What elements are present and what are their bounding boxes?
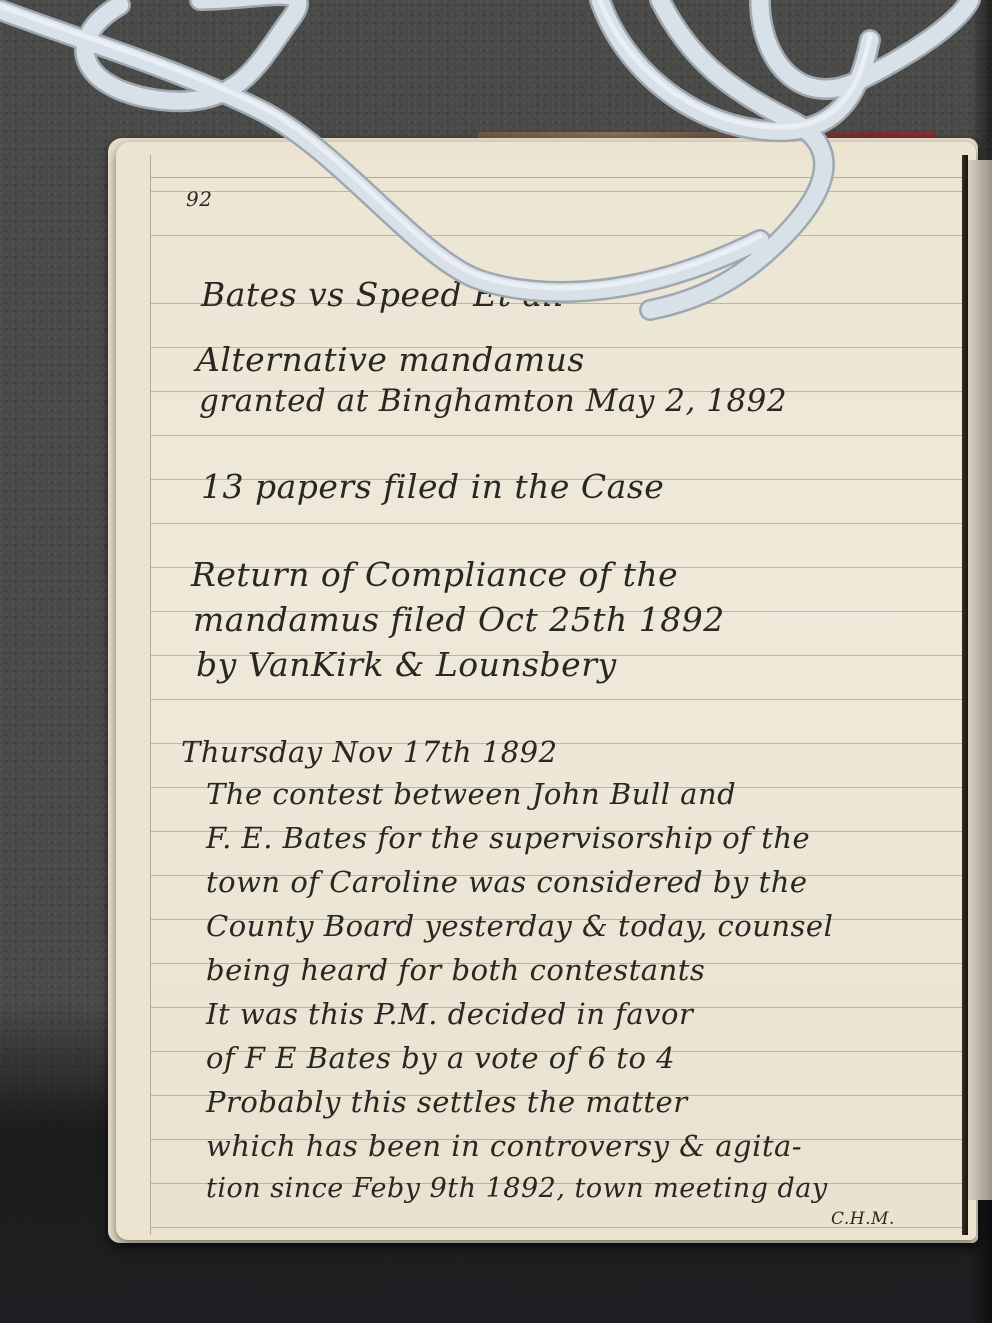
diary-date: Thursday Nov 17th 1892 [181,735,558,769]
return-line: by VanKirk & Lounsbery [196,645,617,684]
notebook-page: 92 Bates vs Speed Et all Alternative man… [150,155,966,1235]
diary-line: which has been in controversy & agita- [206,1129,802,1163]
signature-initials: C.H.M. [831,1209,895,1229]
case-title-line: Bates vs Speed Et all [201,275,565,314]
diary-line: of F E Bates by a vote of 6 to 4 [206,1041,675,1075]
diary-line: Probably this settles the matter [206,1085,688,1119]
diary-line: town of Caroline was considered by the [206,865,808,899]
page-number: 92 [186,187,212,211]
top-margin-line [151,177,966,178]
diary-line: F. E. Bates for the supervisorship of th… [206,821,810,855]
diary-line: being heard for both contestants [206,953,705,987]
diary-line: The contest between John Bull and [206,777,736,811]
diary-line: tion since Feby 9th 1892, town meeting d… [206,1173,828,1204]
diary-line: County Board yesterday & today, counsel [206,909,833,943]
return-line: mandamus filed Oct 25th 1892 [193,600,725,639]
papers-line: 13 papers filed in the Case [201,467,664,506]
case-title-line: granted at Binghamton May 2, 1892 [199,383,787,419]
diary-line: It was this P.M. decided in favor [206,997,693,1031]
page-gutter [962,155,968,1235]
adjacent-page-edge [968,160,992,1200]
return-line: Return of Compliance of the [191,555,678,594]
case-title-line: Alternative mandamus [196,340,585,379]
